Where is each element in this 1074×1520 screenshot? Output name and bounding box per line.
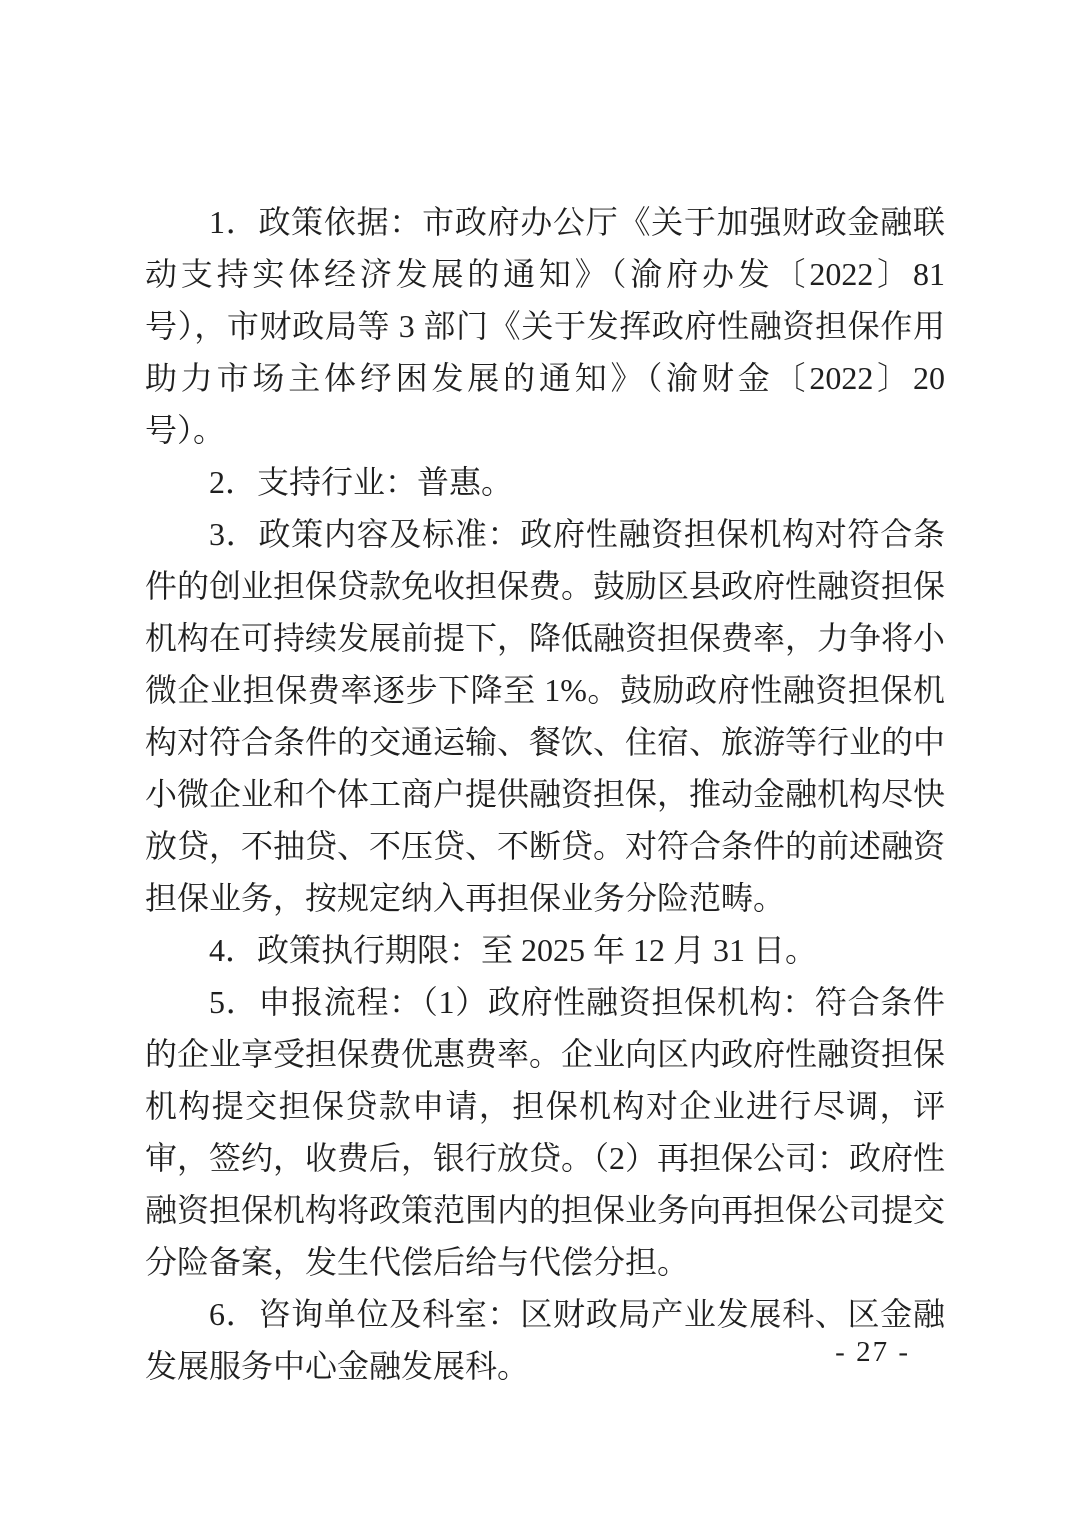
document-page: 1．政策依据：市政府办公厅《关于加强财政金融联动支持实体经济发展的通知》（渝府办… (0, 0, 1074, 1520)
paragraph-supported-industries: 2．支持行业：普惠。 (145, 456, 945, 508)
paragraph-policy-period: 4．政策执行期限：至 2025 年 12 月 31 日。 (145, 924, 945, 976)
document-body: 1．政策依据：市政府办公厅《关于加强财政金融联动支持实体经济发展的通知》（渝府办… (145, 196, 945, 1392)
page-footer: - 27 - (835, 1336, 910, 1369)
paragraph-application-process: 5．申报流程：（1）政府性融资担保机构：符合条件的企业享受担保费优惠费率。企业向… (145, 976, 945, 1288)
paragraph-policy-content-standards: 3．政策内容及标准：政府性融资担保机构对符合条件的创业担保贷款免收担保费。鼓励区… (145, 508, 945, 924)
page-number: - 27 - (835, 1336, 910, 1368)
paragraph-policy-basis: 1．政策依据：市政府办公厅《关于加强财政金融联动支持实体经济发展的通知》（渝府办… (145, 196, 945, 456)
paragraph-consulting-unit: 6．咨询单位及科室：区财政局产业发展科、区金融发展服务中心金融发展科。 (145, 1288, 945, 1392)
